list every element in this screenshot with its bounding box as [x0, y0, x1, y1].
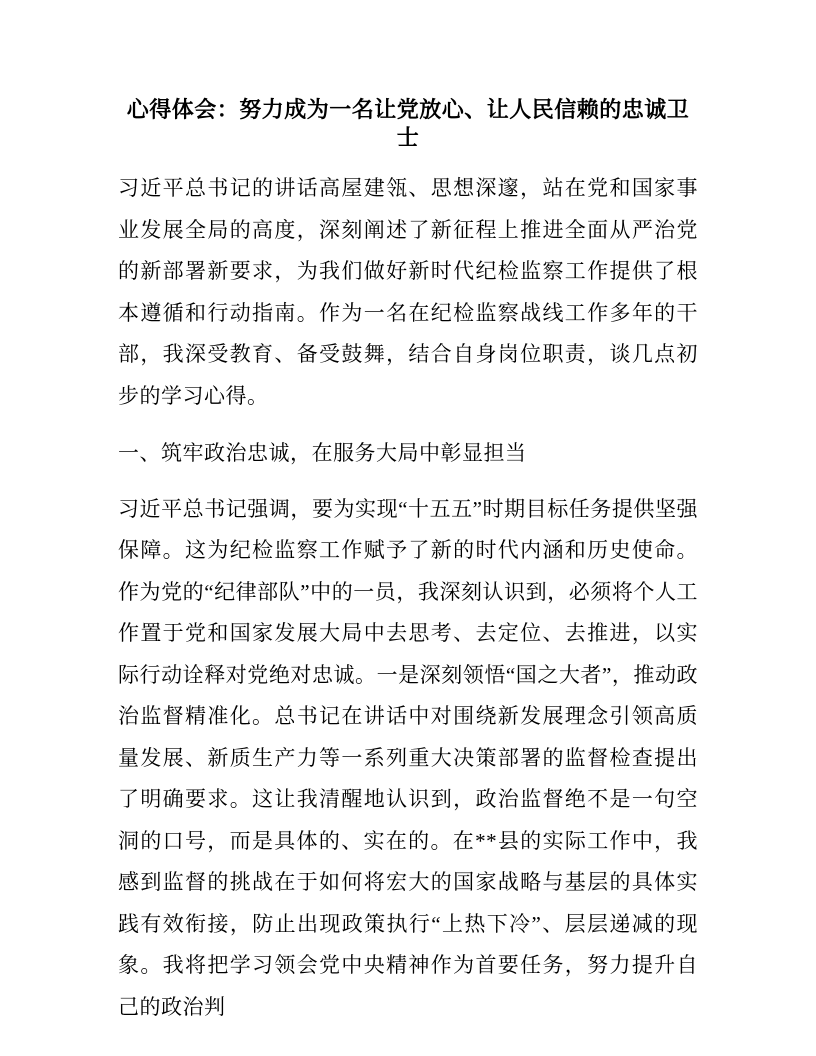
document-title: 心得体会：努力成为一名让党放心、让人民信赖的忠诚卫士	[118, 96, 698, 152]
document-page: 心得体会：努力成为一名让党放心、让人民信赖的忠诚卫士 习近平总书记的讲话高屋建瓴…	[0, 0, 816, 1056]
section-1-body-paragraph: 习近平总书记强调，要为实现“十五五”时期目标任务提供坚强保障。这为纪检监察工作赋…	[118, 489, 698, 1029]
section-1-heading: 一、筑牢政治忠诚，在服务大局中彰显担当	[118, 433, 698, 475]
intro-paragraph: 习近平总书记的讲话高屋建瓴、思想深邃，站在党和国家事业发展全局的高度，深刻阐述了…	[118, 168, 698, 417]
